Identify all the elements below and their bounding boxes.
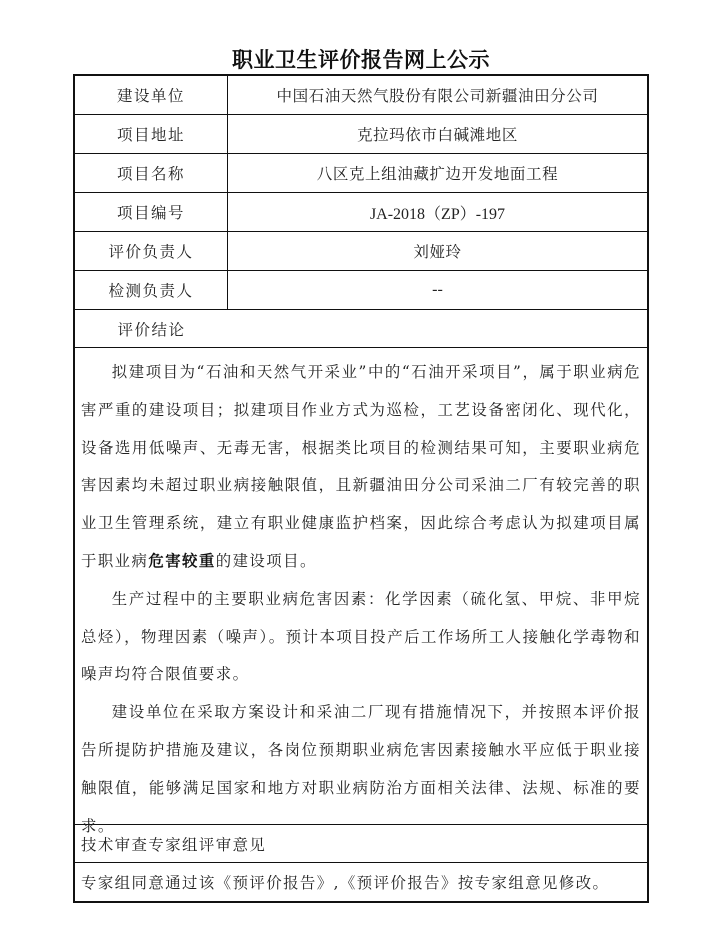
label-construction-unit: 建设单位	[75, 76, 228, 114]
label-evaluation-lead: 评价负责人	[75, 232, 228, 270]
review-heading-row: 技术审查专家组评审意见	[75, 825, 647, 863]
label-project-name: 项目名称	[75, 154, 228, 192]
value-project-name: 八区克上组油藏扩边开发地面工程	[228, 154, 647, 192]
table-row-project-number: 项目编号 JA-2018（ZP）-197	[75, 193, 647, 232]
disclosure-table: 建设单位 中国石油天然气股份有限公司新疆油田分公司 项目地址 克拉玛依市白碱滩地…	[73, 74, 649, 903]
table-row-evaluation-lead: 评价负责人 刘娅玲	[75, 232, 647, 271]
paragraph-text: 的建设项目。	[216, 552, 317, 570]
paragraph-text: 拟建项目为“石油和天然气开采业”中的“石油开采项目”，属于职业病危害严重的建设项…	[81, 363, 641, 570]
table-row-testing-lead: 检测负责人 --	[75, 271, 647, 310]
conclusion-paragraph-2: 生产过程中的主要职业病危害因素：化学因素（硫化氢、甲烷、非甲烷总烃），物理因素（…	[81, 581, 641, 694]
conclusion-heading-row: 评价结论	[75, 310, 647, 348]
value-evaluation-lead: 刘娅玲	[228, 232, 647, 270]
table-row-project-address: 项目地址 克拉玛依市白碱滩地区	[75, 115, 647, 154]
conclusion-heading: 评价结论	[75, 310, 228, 347]
value-project-number: JA-2018（ZP）-197	[228, 193, 647, 231]
table-row-construction-unit: 建设单位 中国石油天然气股份有限公司新疆油田分公司	[75, 76, 647, 115]
review-heading: 技术审查专家组评审意见	[81, 833, 266, 855]
page-title: 职业卫生评价报告网上公示	[0, 47, 722, 73]
value-testing-lead: --	[228, 271, 647, 309]
label-project-address: 项目地址	[75, 115, 228, 153]
conclusion-body: 拟建项目为“石油和天然气开采业”中的“石油开采项目”，属于职业病危害严重的建设项…	[75, 348, 647, 825]
conclusion-paragraph-1: 拟建项目为“石油和天然气开采业”中的“石油开采项目”，属于职业病危害严重的建设项…	[81, 354, 641, 581]
review-opinion-row: 专家组同意通过该《预评价报告》,《预评价报告》按专家组意见修改。	[75, 863, 647, 901]
label-project-number: 项目编号	[75, 193, 228, 231]
conclusion-paragraph-3: 建设单位在采取方案设计和采油二厂现有措施情况下，并按照本评价报告所提防护措施及建…	[81, 694, 641, 845]
value-project-address: 克拉玛依市白碱滩地区	[228, 115, 647, 153]
review-opinion: 专家组同意通过该《预评价报告》,《预评价报告》按专家组意见修改。	[81, 871, 609, 893]
emphasis-hazard-level: 危害较重	[148, 552, 215, 570]
label-testing-lead: 检测负责人	[75, 271, 228, 309]
value-construction-unit: 中国石油天然气股份有限公司新疆油田分公司	[228, 76, 647, 114]
table-row-project-name: 项目名称 八区克上组油藏扩边开发地面工程	[75, 154, 647, 193]
